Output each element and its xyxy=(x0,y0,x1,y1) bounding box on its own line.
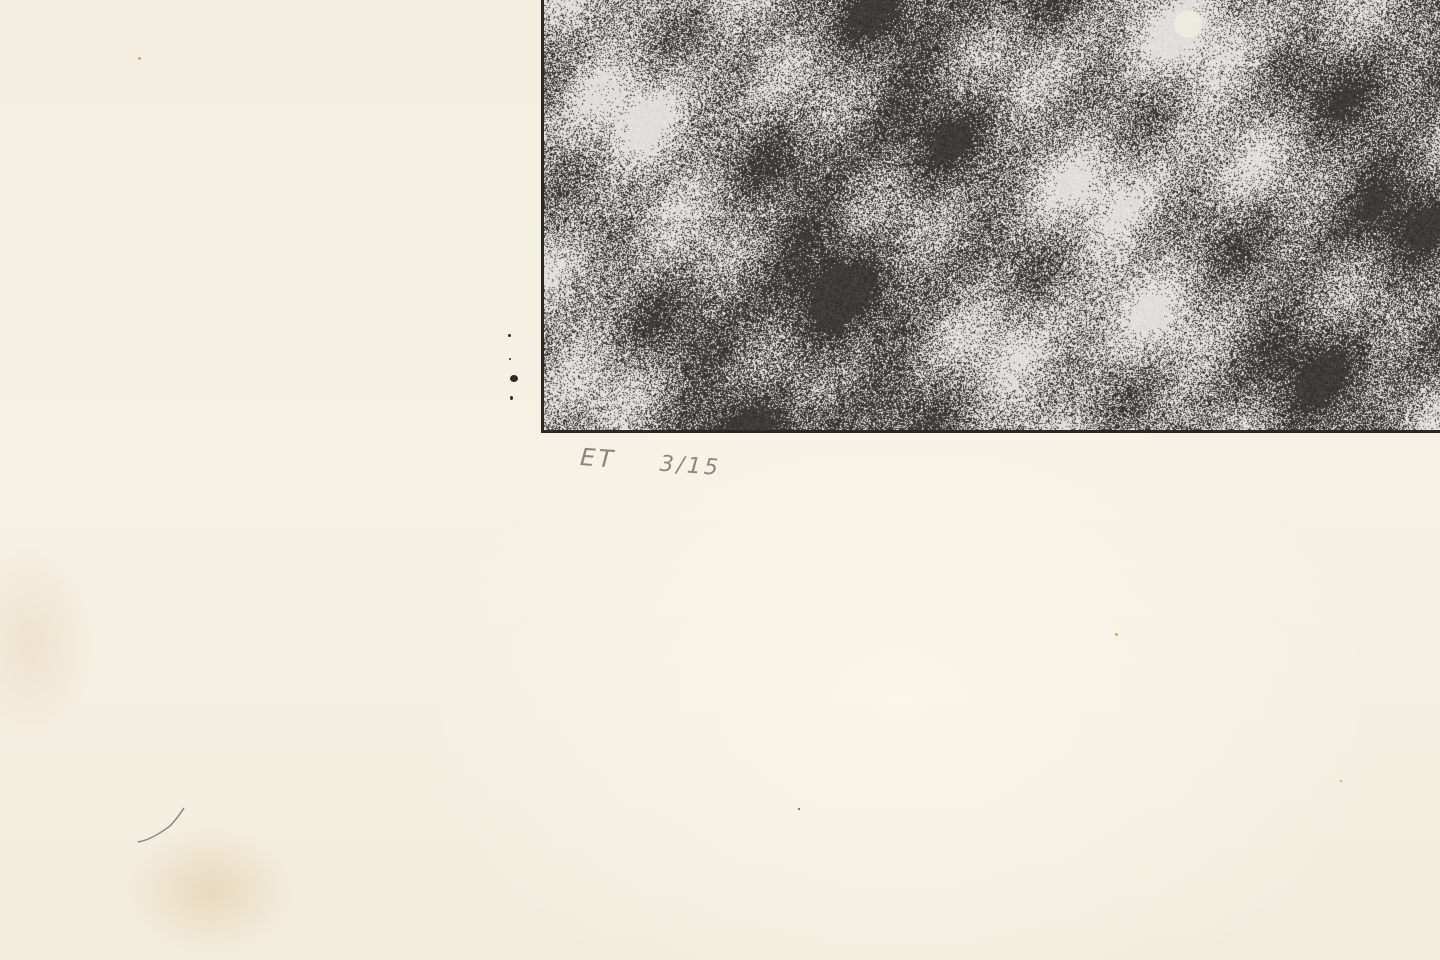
foxing-spot xyxy=(138,57,141,60)
paper-fiber xyxy=(136,806,196,846)
lithograph-texture xyxy=(544,0,1440,430)
ink-speck xyxy=(510,375,518,382)
ink-speck xyxy=(509,358,511,360)
ink-speck xyxy=(510,396,513,400)
foxing-spot xyxy=(1115,633,1118,636)
lithograph-print-area xyxy=(541,0,1440,433)
artist-initials: ET xyxy=(579,443,617,473)
foxing-spot xyxy=(1340,780,1342,782)
foxing-spot xyxy=(798,808,800,810)
ink-speck xyxy=(508,334,511,337)
edition-number: 3/15 xyxy=(659,452,722,481)
